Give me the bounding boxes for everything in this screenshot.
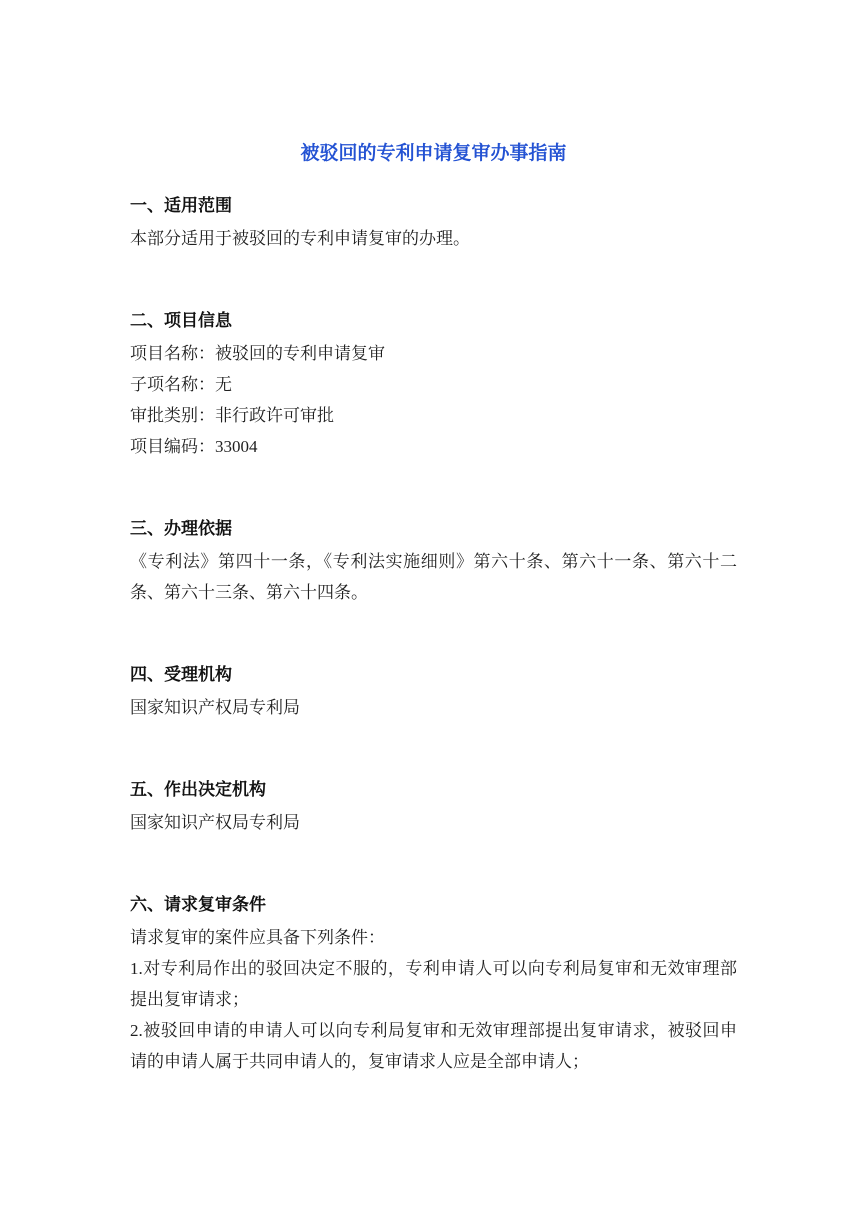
section-heading-deciding-authority: 五、作出决定机构	[130, 775, 737, 805]
paragraph: 国家知识产权局专利局	[130, 692, 737, 723]
section-accepting-authority: 四、受理机构 国家知识产权局专利局	[130, 660, 737, 723]
section-project-info: 二、项目信息 项目名称：被驳回的专利申请复审 子项名称：无 审批类别：非行政许可…	[130, 306, 737, 462]
section-legal-basis: 三、办理依据 《专利法》第四十一条，《专利法实施细则》第六十条、第六十一条、第六…	[130, 514, 737, 608]
paragraph: 本部分适用于被驳回的专利申请复审的办理。	[130, 223, 737, 254]
section-heading-accepting-authority: 四、受理机构	[130, 660, 737, 690]
paragraph-project-code: 项目编码：33004	[130, 431, 737, 462]
section-heading-scope: 一、适用范围	[130, 191, 737, 221]
section-deciding-authority: 五、作出决定机构 国家知识产权局专利局	[130, 775, 737, 838]
document-title: 被驳回的专利申请复审办事指南	[130, 142, 737, 166]
paragraph: 国家知识产权局专利局	[130, 807, 737, 838]
section-reexamination-conditions: 六、请求复审条件 请求复审的案件应具备下列条件： 1.对专利局作出的驳回决定不服…	[130, 890, 737, 1077]
paragraph-subitem-name: 子项名称：无	[130, 369, 737, 400]
paragraph: 《专利法》第四十一条，《专利法实施细则》第六十条、第六十一条、第六十二条、第六十…	[130, 546, 737, 608]
section-scope: 一、适用范围 本部分适用于被驳回的专利申请复审的办理。	[130, 191, 737, 254]
section-heading-reexamination-conditions: 六、请求复审条件	[130, 890, 737, 920]
paragraph-condition-2: 2.被驳回申请的申请人可以向专利局复审和无效审理部提出复审请求，被驳回申请的申请…	[130, 1015, 737, 1077]
section-heading-project-info: 二、项目信息	[130, 306, 737, 336]
section-heading-legal-basis: 三、办理依据	[130, 514, 737, 544]
document-page: 被驳回的专利申请复审办事指南 一、适用范围 本部分适用于被驳回的专利申请复审的办…	[0, 0, 860, 1216]
paragraph-condition-1: 1.对专利局作出的驳回决定不服的，专利申请人可以向专利局复审和无效审理部提出复审…	[130, 953, 737, 1015]
paragraph-conditions-intro: 请求复审的案件应具备下列条件：	[130, 922, 737, 953]
paragraph-project-name: 项目名称：被驳回的专利申请复审	[130, 338, 737, 369]
paragraph-approval-category: 审批类别：非行政许可审批	[130, 400, 737, 431]
